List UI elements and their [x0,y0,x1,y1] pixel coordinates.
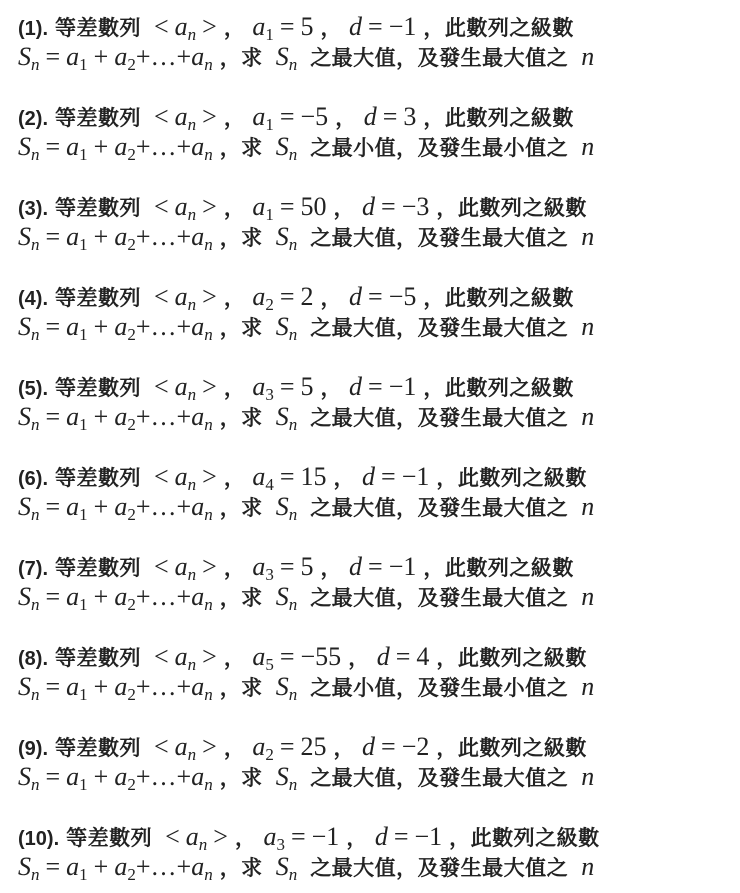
series-text: ，此數列之級數 [436,466,587,490]
problem-7: (7). 等差數列 <an> ， a3=5 ， d=−1 ，此數列之級數 Sn=… [18,552,738,612]
math-token: n [581,492,594,521]
math-token: −1 [414,822,442,851]
math-token: n [581,132,594,161]
n-variable: n [575,42,594,71]
math-token: d [377,642,390,671]
math-token: n [31,55,40,74]
goal-text: 之最大值，及發生最大值之 [310,496,568,520]
math-token: S [18,312,31,341]
math-token: n [199,835,208,854]
series-formula: Sn=a1+a2+…+an [18,402,213,431]
math-token: n [188,385,197,404]
problem-label: (6). [18,468,48,490]
math-token: a [66,672,79,701]
math-token: a [252,732,265,761]
problem-line-2: Sn=a1+a2+…+an ，求 Sn 之最大值，及發生最大值之 n [18,222,738,252]
problem-label: (5). [18,378,48,400]
goal-text: 之最大值，及發生最大值之 [310,316,568,340]
math-token: n [289,865,298,884]
math-token: −5 [389,282,417,311]
sequence-text: 等差數列 [55,286,141,310]
math-token: 1 [79,775,88,794]
math-token: S [276,492,289,521]
math-token: < [154,102,169,131]
math-token: + [177,222,192,251]
math-token: + [136,402,151,431]
math-token: n [188,745,197,764]
problem-line-1: (3). 等差數列 <an> ， a1=50 ， d=−3 ，此數列之級數 [18,192,738,222]
sequence-notation: <an> [148,102,217,131]
math-token: < [154,282,169,311]
math-token: 2 [127,145,136,164]
math-token: S [276,852,289,881]
math-token: 1 [79,55,88,74]
math-token: a [175,12,188,41]
sequence-notation: <an> [148,192,217,221]
math-token: 1 [79,235,88,254]
math-token: n [289,325,298,344]
math-token: S [18,222,31,251]
math-token: 2 [265,295,274,314]
series-formula: Sn=a1+a2+…+an [18,132,213,161]
math-token: = [274,192,301,221]
math-token: a [175,282,188,311]
math-token: n [581,312,594,341]
sequence-notation: <an> [148,642,217,671]
comma: ， [224,466,246,490]
math-token: a [66,402,79,431]
sequence-text: 等差數列 [66,826,152,850]
math-token: n [31,775,40,794]
math-token: d [362,462,375,491]
problem-line-2: Sn=a1+a2+…+an ，求 Sn 之最大值，及發生最大值之 n [18,312,738,342]
problem-label: (7). [18,558,48,580]
math-token: = [375,732,402,761]
math-token: … [151,132,177,161]
seek-text: ，求 [220,676,263,700]
math-token: a [191,852,204,881]
goal-text: 之最大值，及發生最大值之 [310,766,568,790]
problem-5: (5). 等差數列 <an> ， a3=5 ， d=−1 ，此數列之級數 Sn=… [18,372,738,432]
problem-label: (3). [18,198,48,220]
math-token: + [136,582,151,611]
sequence-text: 等差數列 [55,646,141,670]
sum-symbol: Sn [270,672,304,701]
math-token: > [202,372,217,401]
math-token: n [289,775,298,794]
problem-line-2: Sn=a1+a2+…+an ，求 Sn 之最大值，及發生最大值之 n [18,762,738,792]
math-token: = [40,492,67,521]
comma: ， [334,736,356,760]
math-token: a [252,192,265,221]
math-token: a [252,372,265,401]
problem-4: (4). 等差數列 <an> ， a2=2 ， d=−5 ，此數列之級數 Sn=… [18,282,738,342]
sequence-notation: <an> [148,372,217,401]
math-token: n [581,852,594,881]
math-token: 1 [79,145,88,164]
math-token: = [274,552,301,581]
sum-symbol: Sn [270,852,304,881]
math-token: 5 [301,552,314,581]
series-text: ，此數列之級數 [423,556,574,580]
sum-symbol: Sn [270,402,304,431]
goal-text: 之最小值，及發生最小值之 [310,136,568,160]
series-text: ，此數列之級數 [449,826,600,850]
math-token: + [177,402,192,431]
comma: ， [321,16,343,40]
math-token: n [289,415,298,434]
math-token: = [274,642,301,671]
math-token: = [362,12,389,41]
math-token: 2 [127,235,136,254]
math-token: 1 [79,595,88,614]
math-token: + [88,672,115,701]
math-token: < [154,732,169,761]
math-token: S [18,402,31,431]
math-token: = [40,852,67,881]
math-token: S [276,132,289,161]
comma: ， [224,736,246,760]
problem-2: (2). 等差數列 <an> ， a1=−5 ， d=3 ，此數列之級數 Sn=… [18,102,738,162]
series-formula: Sn=a1+a2+…+an [18,312,213,341]
given-term: a3=−1 [263,822,339,851]
math-token: = [362,282,389,311]
math-token: n [581,672,594,701]
math-token: a [252,282,265,311]
math-token: 2 [127,325,136,344]
math-token: n [188,205,197,224]
sum-symbol: Sn [270,132,304,161]
math-token: = [40,762,67,791]
math-token: 1 [265,25,274,44]
sequence-text: 等差數列 [55,736,141,760]
math-token: > [202,642,217,671]
problem-9: (9). 等差數列 <an> ， a2=25 ， d=−2 ，此數列之級數 Sn… [18,732,738,792]
math-token: + [88,222,115,251]
math-token: a [66,312,79,341]
comma: ， [334,466,356,490]
math-token: d [375,822,388,851]
sequence-text: 等差數列 [55,376,141,400]
series-text: ，此數列之級數 [423,376,574,400]
math-token: + [88,42,115,71]
math-token: 5 [301,372,314,401]
series-text: ，此數列之級數 [436,196,587,220]
math-token: n [204,325,213,344]
math-token: > [202,192,217,221]
math-token: + [136,852,151,881]
common-difference: d=4 [377,642,430,671]
comma: ， [321,556,343,580]
goal-text: 之最大值，及發生最大值之 [310,46,568,70]
sum-symbol: Sn [270,312,304,341]
sequence-notation: <an> [148,732,217,761]
math-token: < [154,192,169,221]
math-token: > [202,102,217,131]
math-token: 2 [127,775,136,794]
math-token: 5 [301,12,314,41]
sequence-text: 等差數列 [55,556,141,580]
goal-text: 之最大值，及發生最大值之 [310,406,568,430]
math-token: n [31,325,40,344]
common-difference: d=−1 [349,12,416,41]
math-token: a [114,222,127,251]
math-token: > [202,12,217,41]
given-term: a1=50 [252,192,326,221]
math-token: a [66,222,79,251]
math-token: 1 [265,115,274,134]
math-token: n [188,475,197,494]
given-term: a5=−55 [252,642,341,671]
math-token: > [202,462,217,491]
math-token: … [151,222,177,251]
math-token: … [151,852,177,881]
given-term: a4=15 [252,462,326,491]
n-variable: n [575,762,594,791]
math-token: 1 [265,205,274,224]
math-token: n [204,55,213,74]
math-token: a [66,762,79,791]
math-token: > [202,282,217,311]
math-token: … [151,672,177,701]
n-variable: n [575,312,594,341]
math-token: 2 [265,745,274,764]
comma: ， [235,826,257,850]
math-token: 25 [301,732,327,761]
series-text: ，此數列之級數 [423,286,574,310]
math-token: + [88,402,115,431]
math-token: a [191,762,204,791]
math-token: S [276,672,289,701]
math-token: a [114,762,127,791]
math-token: 3 [403,102,416,131]
math-token: n [31,235,40,254]
math-token: −1 [389,12,417,41]
problem-label: (1). [18,18,48,40]
given-term: a3=5 [252,552,313,581]
math-token: n [289,145,298,164]
math-token: < [154,12,169,41]
common-difference: d=−2 [362,732,429,761]
common-difference: d=−1 [362,462,429,491]
math-token: + [136,672,151,701]
math-token: < [154,372,169,401]
common-difference: d=3 [364,102,417,131]
series-text: ，此數列之級數 [423,16,574,40]
seek-text: ，求 [220,496,263,520]
math-token: a [66,132,79,161]
comma: ， [224,376,246,400]
math-token: a [114,42,127,71]
math-token: S [18,852,31,881]
n-variable: n [575,222,594,251]
math-token: S [276,402,289,431]
math-token: a [175,732,188,761]
math-token: < [154,552,169,581]
math-token: a [114,492,127,521]
series-formula: Sn=a1+a2+…+an [18,852,213,881]
problem-line-1: (8). 等差數列 <an> ， a5=−55 ， d=4 ，此數列之級數 [18,642,738,672]
math-token: + [88,762,115,791]
math-token: n [204,685,213,704]
seek-text: ，求 [220,586,263,610]
math-token: n [204,595,213,614]
math-token: = [274,102,301,131]
problem-line-1: (5). 等差數列 <an> ， a3=5 ， d=−1 ，此數列之級數 [18,372,738,402]
problem-line-2: Sn=a1+a2+…+an ，求 Sn 之最大值，及發生最大值之 n [18,852,738,882]
math-token: n [289,685,298,704]
math-token: −55 [301,642,342,671]
math-token: … [151,42,177,71]
math-token: n [204,415,213,434]
math-token: = [285,822,312,851]
problem-line-1: (10). 等差數列 <an> ， a3=−1 ， d=−1 ，此數列之級數 [18,822,738,852]
math-token: > [202,552,217,581]
math-token: a [191,312,204,341]
series-text: ，此數列之級數 [423,106,574,130]
math-token: … [151,312,177,341]
math-token: −1 [312,822,340,851]
math-token: 4 [265,475,274,494]
math-token: … [151,762,177,791]
math-token: S [276,42,289,71]
math-token: S [18,672,31,701]
math-token: 3 [265,565,274,584]
math-token: = [377,102,404,131]
math-token: −2 [402,732,430,761]
problem-line-2: Sn=a1+a2+…+an ，求 Sn 之最大值，及發生最大值之 n [18,492,738,522]
math-token: + [177,42,192,71]
math-token: S [18,132,31,161]
common-difference: d=−5 [349,282,416,311]
problem-6: (6). 等差數列 <an> ， a4=15 ， d=−1 ，此數列之級數 Sn… [18,462,738,522]
comma: ， [348,646,370,670]
math-token: 2 [127,505,136,524]
problem-line-1: (9). 等差數列 <an> ， a2=25 ， d=−2 ，此數列之級數 [18,732,738,762]
math-token: n [204,775,213,794]
math-token: a [66,852,79,881]
problem-line-1: (6). 等差數列 <an> ， a4=15 ， d=−1 ，此數列之級數 [18,462,738,492]
series-formula: Sn=a1+a2+…+an [18,762,213,791]
math-token: a [175,192,188,221]
math-token: 1 [79,505,88,524]
math-token: a [175,372,188,401]
sum-symbol: Sn [270,222,304,251]
math-token: = [375,462,402,491]
math-token: n [31,505,40,524]
math-token: < [154,642,169,671]
math-token: n [289,595,298,614]
math-token: = [40,312,67,341]
math-token: a [263,822,276,851]
series-text: ，此數列之級數 [436,646,587,670]
math-token: = [40,672,67,701]
comma: ， [321,286,343,310]
problem-3: (3). 等差數列 <an> ， a1=50 ， d=−3 ，此數列之級數 Sn… [18,192,738,252]
math-token: n [289,55,298,74]
math-token: n [289,505,298,524]
math-token: + [177,582,192,611]
given-term: a2=2 [252,282,313,311]
math-token: < [165,822,180,851]
n-variable: n [575,402,594,431]
seek-text: ，求 [220,226,263,250]
math-token: = [274,282,301,311]
math-token: −5 [301,102,329,131]
series-formula: Sn=a1+a2+…+an [18,222,213,251]
math-token: 1 [79,685,88,704]
comma: ， [224,286,246,310]
math-token: = [40,402,67,431]
problem-line-2: Sn=a1+a2+…+an ，求 Sn 之最大值，及發生最大值之 n [18,42,738,72]
math-token: n [204,505,213,524]
math-token: a [252,642,265,671]
math-token: −3 [402,192,430,221]
series-formula: Sn=a1+a2+…+an [18,42,213,71]
math-token: a [252,462,265,491]
math-token: … [151,492,177,521]
math-token: n [204,145,213,164]
math-token: n [204,865,213,884]
comma: ， [346,826,368,850]
problem-line-1: (2). 等差數列 <an> ， a1=−5 ， d=3 ，此數列之級數 [18,102,738,132]
math-token: = [274,12,301,41]
sequence-text: 等差數列 [55,196,141,220]
sequence-notation: <an> [148,552,217,581]
sum-symbol: Sn [270,762,304,791]
math-token: = [388,822,415,851]
math-token: n [31,595,40,614]
math-token: S [276,762,289,791]
math-token: a [252,552,265,581]
math-token: n [188,565,197,584]
problem-label: (10). [18,828,59,850]
math-token: d [364,102,377,131]
math-token: 2 [127,685,136,704]
common-difference: d=−1 [349,372,416,401]
math-token: a [252,102,265,131]
given-term: a1=5 [252,12,313,41]
math-token: = [274,462,301,491]
goal-text: 之最大值，及發生最大值之 [310,856,568,880]
seek-text: ，求 [220,766,263,790]
goal-text: 之最大值，及發生最大值之 [310,586,568,610]
problem-10: (10). 等差數列 <an> ， a3=−1 ， d=−1 ，此數列之級數 S… [18,822,738,882]
goal-text: 之最小值，及發生最小值之 [310,676,568,700]
comma: ， [224,16,246,40]
math-token: n [581,222,594,251]
math-token: 2 [127,865,136,884]
common-difference: d=−1 [349,552,416,581]
math-token: 1 [79,415,88,434]
math-token: S [276,582,289,611]
sequence-text: 等差數列 [55,16,141,40]
math-token: > [213,822,228,851]
math-token: a [114,672,127,701]
math-token: + [177,132,192,161]
sequence-notation: <an> [159,822,228,851]
math-token: + [88,852,115,881]
math-token: a [175,462,188,491]
sum-symbol: Sn [270,582,304,611]
math-token: n [188,655,197,674]
math-token: = [274,372,301,401]
math-token: a [66,492,79,521]
math-token: a [191,672,204,701]
sequence-notation: <an> [148,462,217,491]
given-term: a2=25 [252,732,326,761]
sequence-notation: <an> [148,282,217,311]
